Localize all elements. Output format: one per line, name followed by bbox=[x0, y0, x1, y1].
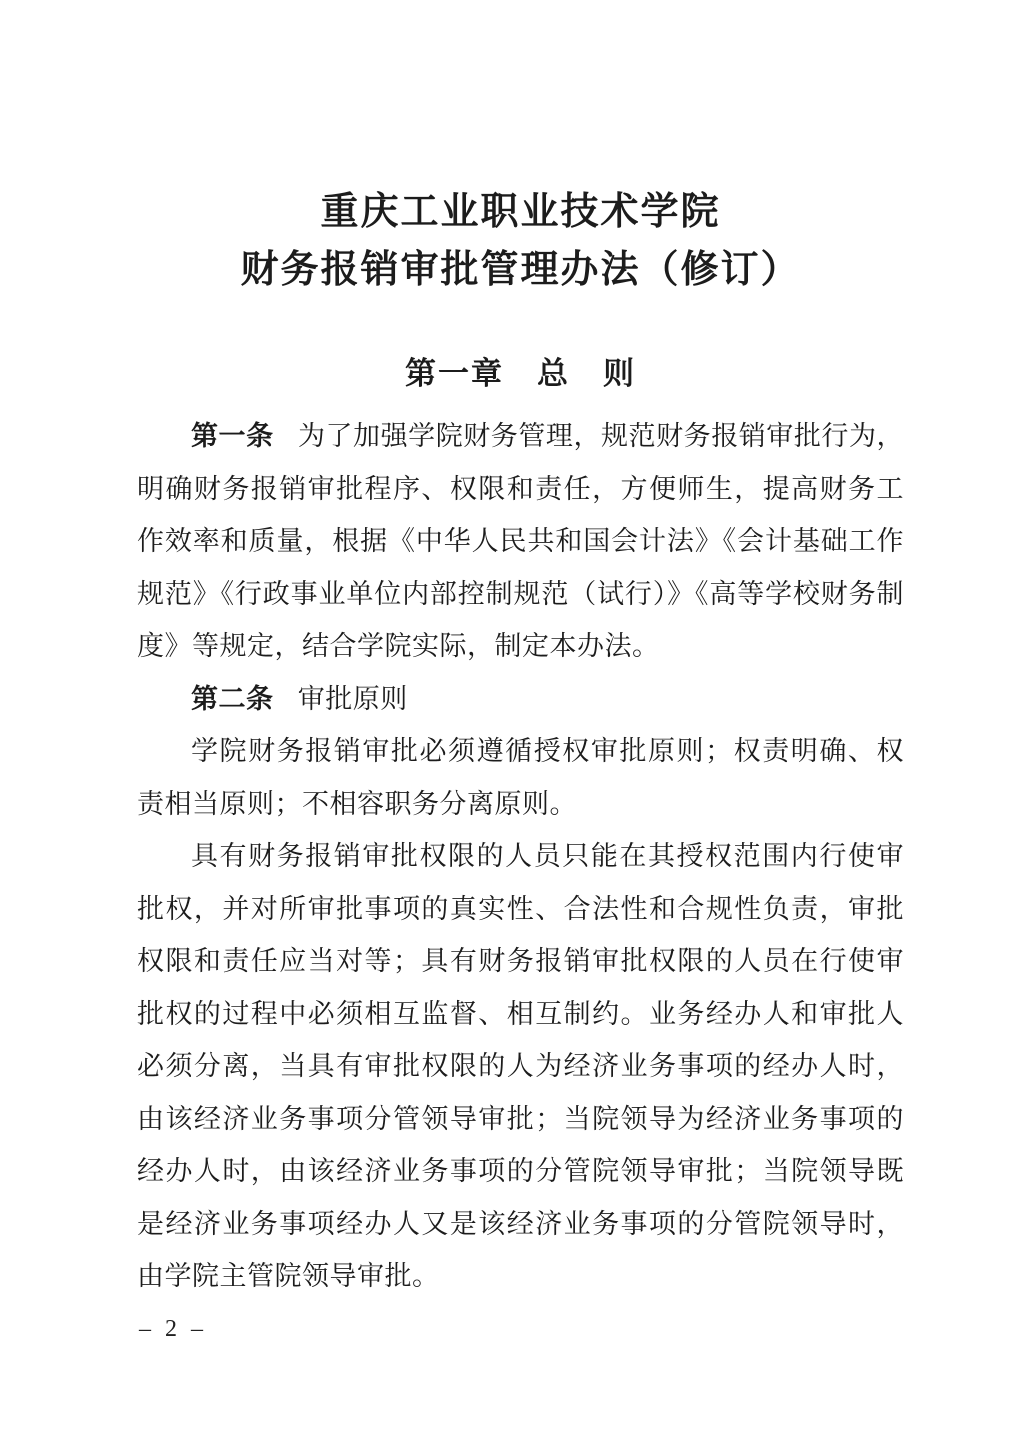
document-title: 重庆工业职业技术学院 财务报销审批管理办法（修订） bbox=[137, 183, 904, 299]
article-2-text: 审批原则 bbox=[298, 684, 408, 714]
principles-text: 学院财务报销审批必须遵循授权审批原则；权责明确、权责相当原则；不相容职务分离原则… bbox=[137, 736, 904, 819]
document-content: 重庆工业职业技术学院 财务报销审批管理办法（修订） 第一章 总 则 第一条为了加… bbox=[137, 183, 904, 1303]
document-page: 重庆工业职业技术学院 财务报销审批管理办法（修订） 第一章 总 则 第一条为了加… bbox=[0, 0, 1024, 1448]
page-number: – 2 – bbox=[139, 1316, 207, 1343]
paragraph-article-1: 第一条为了加强学院财务管理，规范财务报销审批行为，明确财务报销审批程序、权限和责… bbox=[137, 410, 904, 673]
authority-rules-text: 具有财务报销审批权限的人员只能在其授权范围内行使审批权，并对所审批事项的真实性、… bbox=[137, 841, 904, 1291]
paragraph-authority-rules: 具有财务报销审批权限的人员只能在其授权范围内行使审批权，并对所审批事项的真实性、… bbox=[137, 830, 904, 1303]
article-1-text: 为了加强学院财务管理，规范财务报销审批行为，明确财务报销审批程序、权限和责任，方… bbox=[137, 421, 904, 661]
paragraph-article-2: 第二条审批原则 bbox=[137, 673, 904, 726]
title-line-2: 财务报销审批管理办法（修订） bbox=[137, 241, 904, 299]
document-body: 第一条为了加强学院财务管理，规范财务报销审批行为，明确财务报销审批程序、权限和责… bbox=[137, 410, 904, 1303]
article-2-label: 第二条 bbox=[191, 684, 274, 714]
chapter-heading: 第一章 总 则 bbox=[137, 355, 904, 393]
title-line-1: 重庆工业职业技术学院 bbox=[137, 183, 904, 241]
article-1-label: 第一条 bbox=[191, 421, 274, 451]
paragraph-principles: 学院财务报销审批必须遵循授权审批原则；权责明确、权责相当原则；不相容职务分离原则… bbox=[137, 725, 904, 830]
